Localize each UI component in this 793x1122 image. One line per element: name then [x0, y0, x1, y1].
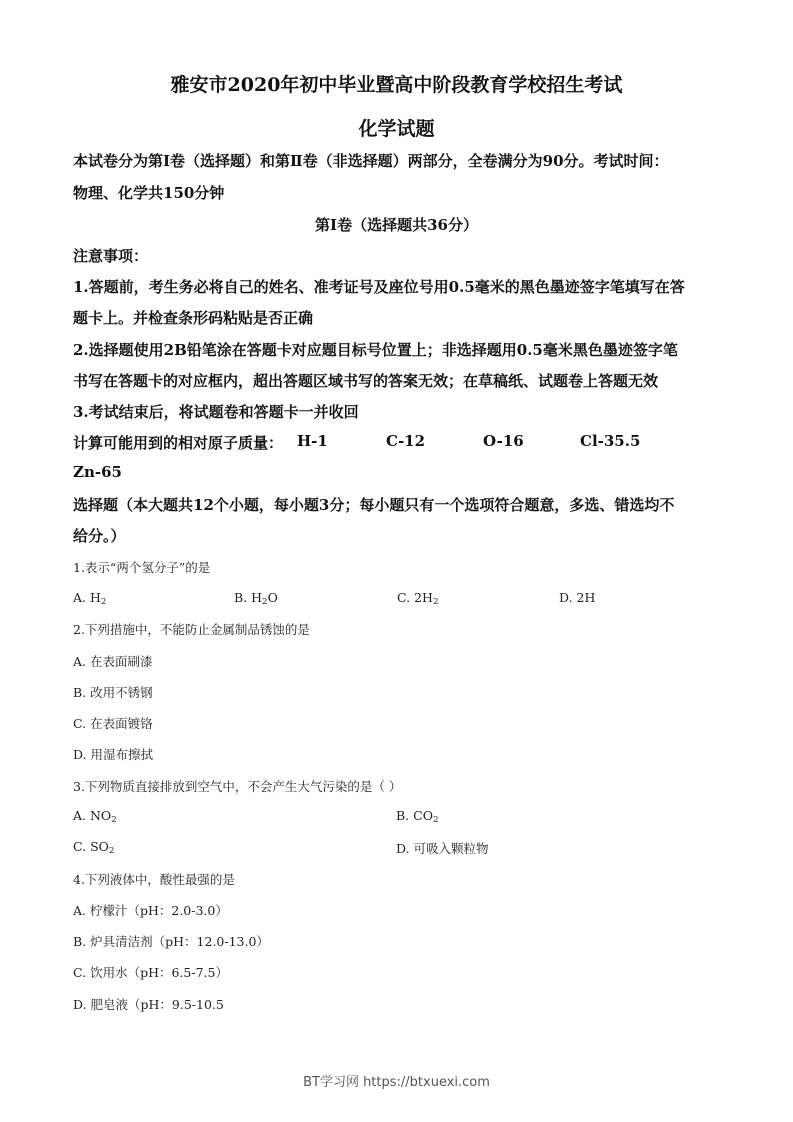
footer-watermark: BT学习网 https://btxuexi.com — [0, 1071, 793, 1090]
exam-subtitle: 化学试题 — [0, 114, 793, 141]
question-1-option-a: A. H2 — [73, 590, 106, 605]
question-4-option-d: D. 肥皂液（pH：9.5-10.5 — [73, 995, 224, 1013]
intro-line-2: 物理、化学共150分钟 — [73, 182, 224, 203]
question-1-option-b: B. H2O — [234, 590, 278, 605]
question-1-option-c: C. 2H2 — [397, 590, 439, 605]
atomic-mass-o: O-16 — [483, 432, 524, 450]
atomic-mass-h: H-1 — [297, 432, 328, 450]
atomic-mass-zn: Zn-65 — [73, 463, 122, 481]
atomic-mass-label: 计算可能用到的相对原子质量： — [73, 432, 283, 453]
mc-instructions-line-2: 给分。） — [73, 525, 126, 546]
note-line: 书写在答题卡的对应框内，超出答题区域书写的答案无效；在草稿纸、试题卷上答题无效 — [73, 370, 658, 391]
question-2-option-a: A. 在表面刷漆 — [73, 652, 152, 670]
intro-line-1: 本试卷分为第Ⅰ卷（选择题）和第Ⅱ卷（非选择题）两部分，全卷满分为90分。考试时间… — [73, 150, 669, 171]
question-3-option-b: B. CO2 — [396, 808, 439, 823]
question-4-option-a: A. 柠檬汁（pH：2.0-3.0） — [73, 901, 228, 919]
question-1-stem: 1.表示“两个氢分子”的是 — [73, 558, 210, 576]
question-3-option-a: A. NO2 — [73, 808, 117, 823]
question-3-stem: 3.下列物质直接排放到空气中，不会产生大气污染的是（ ） — [73, 777, 401, 795]
section-heading: 第Ⅰ卷（选择题共36分） — [0, 214, 793, 235]
exam-title: 雅安市2020年初中毕业暨高中阶段教育学校招生考试 — [0, 70, 793, 97]
question-2-option-d: D. 用湿布擦拭 — [73, 745, 153, 763]
question-2-option-b: B. 改用不锈钢 — [73, 683, 153, 701]
note-line: 2.选择题使用2B铅笔涂在答题卡对应题目标号位置上；非选择题用0.5毫米黑色墨迹… — [73, 339, 678, 360]
question-4-stem: 4.下列液体中，酸性最强的是 — [73, 870, 235, 888]
note-line: 题卡上。并检查条形码粘贴是否正确 — [73, 307, 313, 328]
atomic-mass-cl: Cl-35.5 — [580, 432, 640, 450]
question-4-option-c: C. 饮用水（pH：6.5-7.5） — [73, 963, 228, 981]
atomic-mass-c: C-12 — [386, 432, 425, 450]
question-3-option-c: C. SO2 — [73, 839, 114, 854]
question-2-option-c: C. 在表面镀铬 — [73, 714, 153, 732]
question-2-stem: 2.下列措施中，不能防止金属制品锈蚀的是 — [73, 620, 310, 638]
question-1-option-d: D. 2H — [559, 590, 595, 605]
note-line: 1.答题前，考生务必将自己的姓名、准考证号及座位号用0.5毫米的黑色墨迹签字笔填… — [73, 276, 685, 297]
question-4-option-b: B. 炉具清洁剂（pH：12.0-13.0） — [73, 932, 269, 950]
note-line: 3.考试结束后，将试题卷和答题卡一并收回 — [73, 401, 359, 422]
notes-heading: 注意事项： — [73, 245, 148, 266]
mc-instructions-line-1: 选择题（本大题共12个小题，每小题3分；每小题只有一个选项符合题意，多选、错选均… — [73, 494, 674, 515]
question-3-option-d: D. 可吸入颗粒物 — [396, 839, 489, 857]
